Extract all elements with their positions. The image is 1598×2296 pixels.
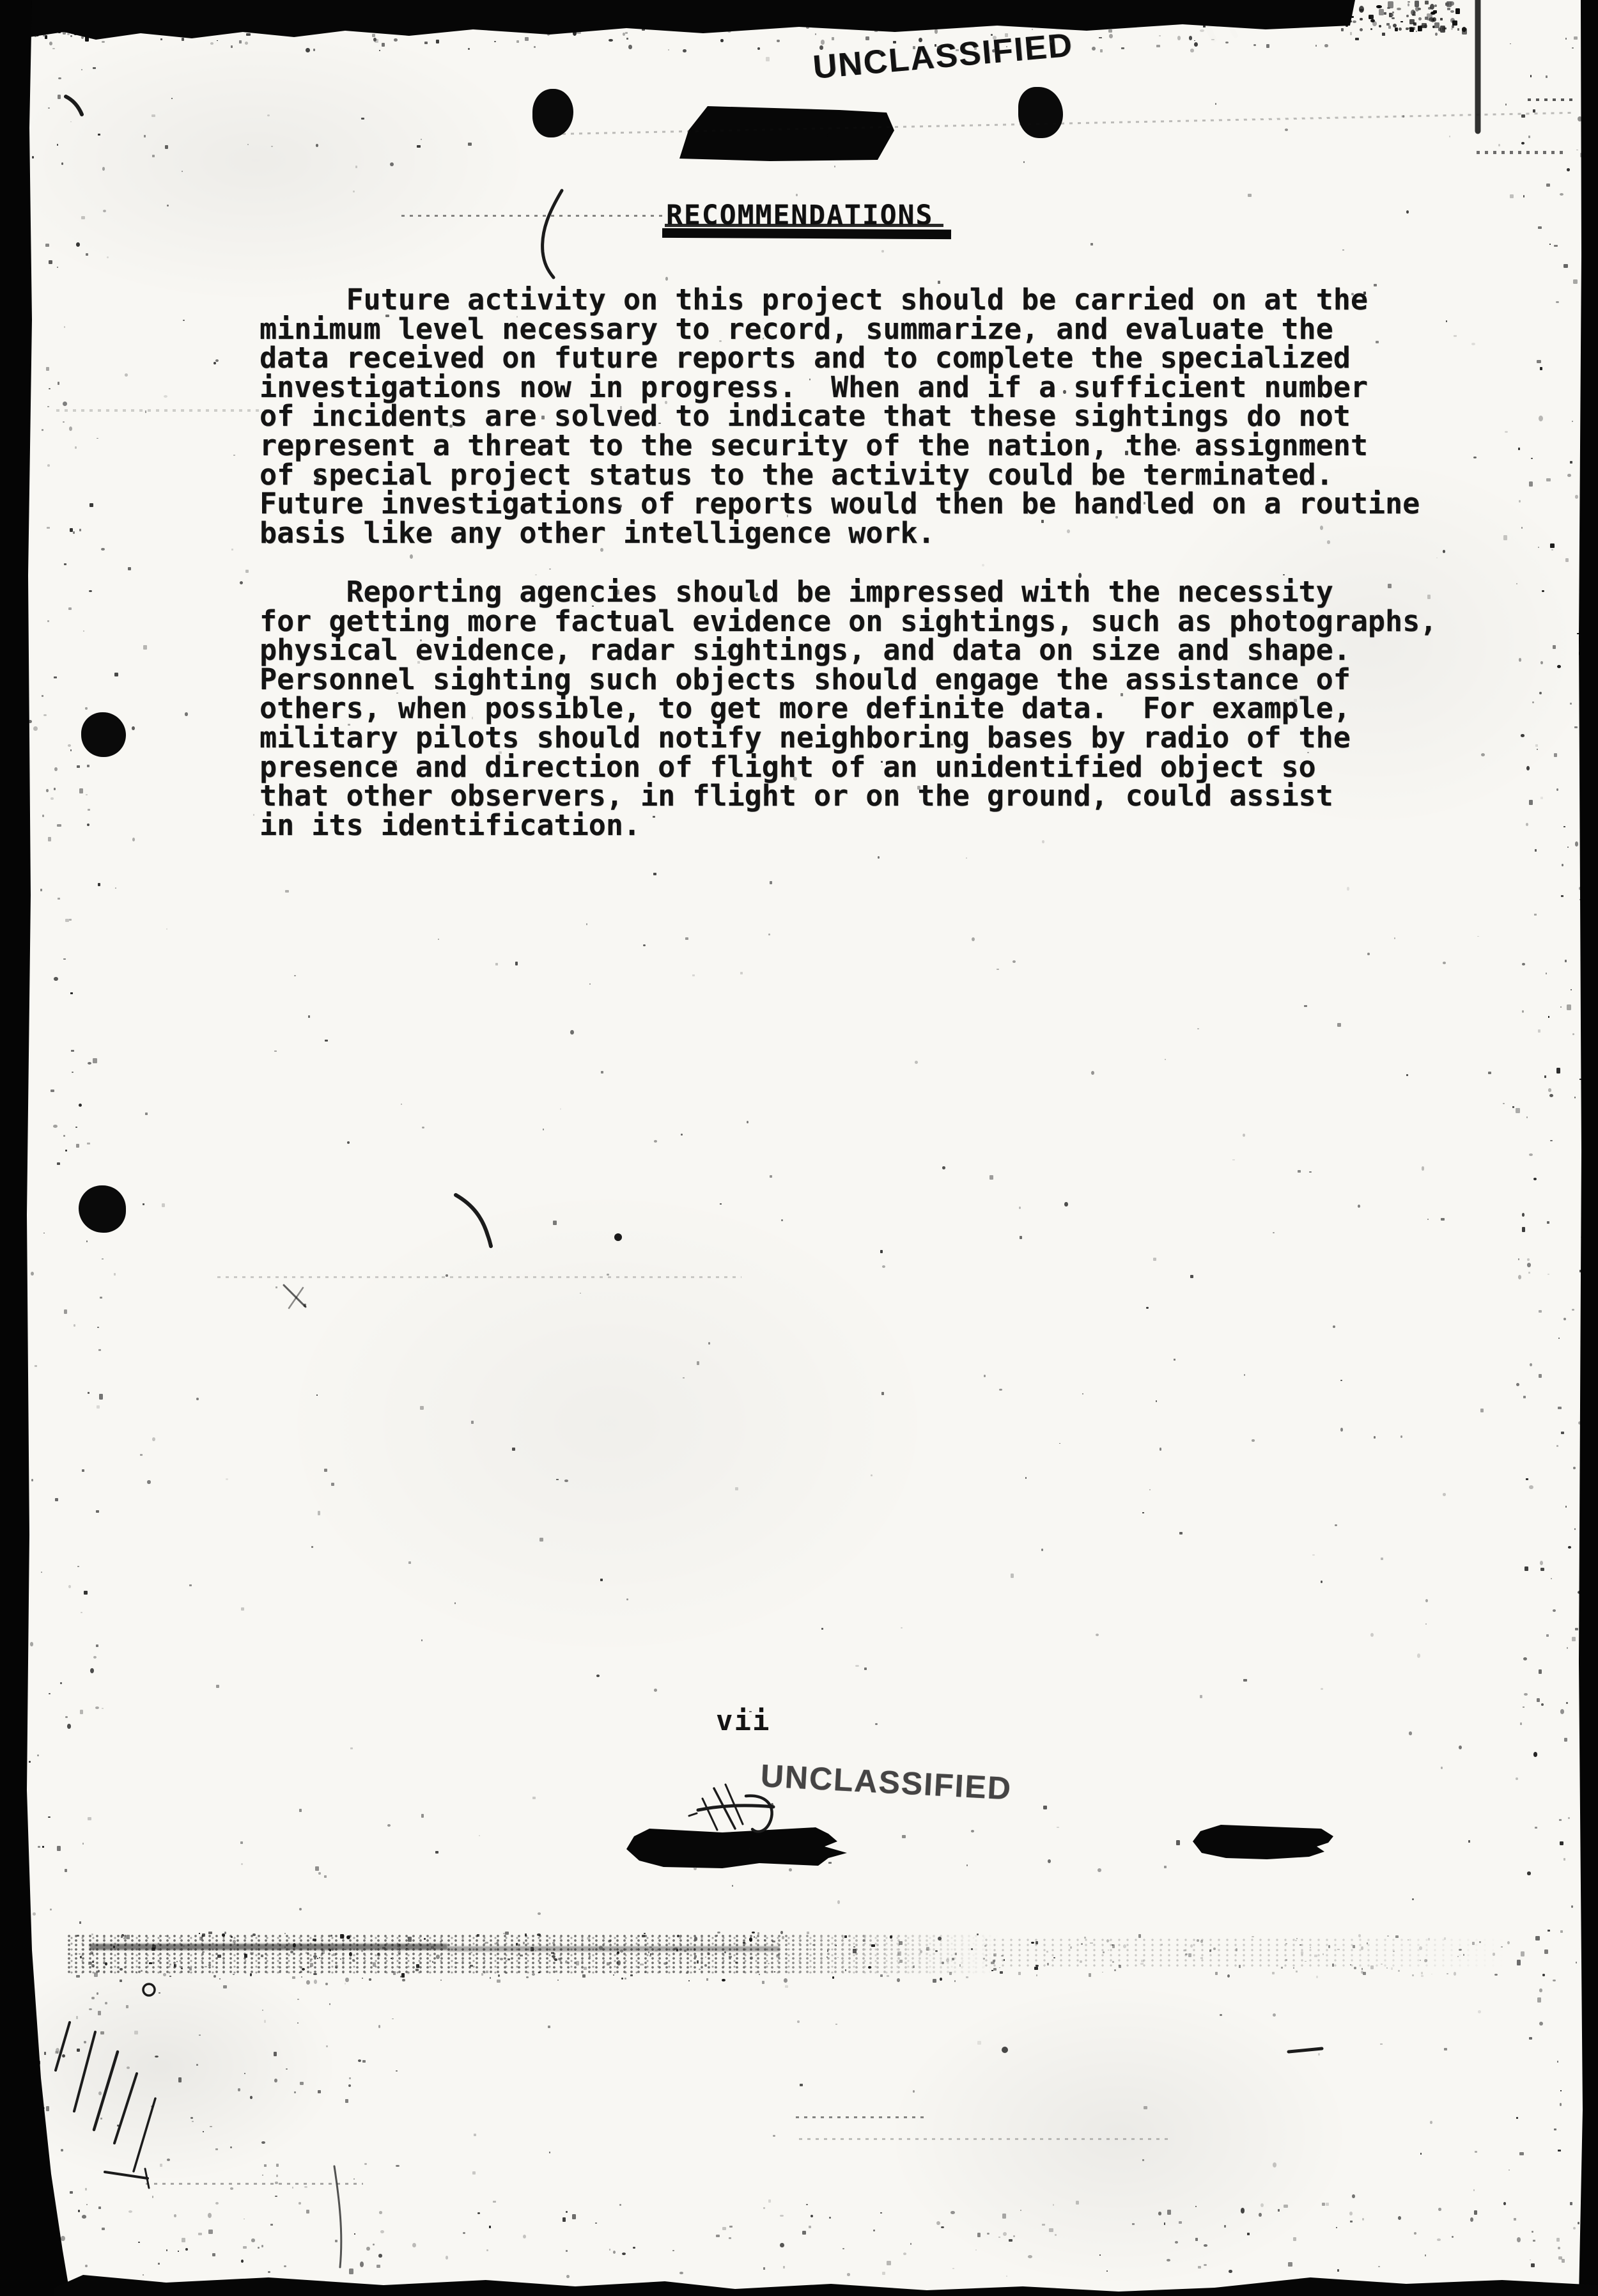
noise-speck — [486, 2249, 488, 2252]
noise-speck — [1092, 47, 1096, 51]
noise-speck — [1190, 1944, 1193, 1948]
noise-speck — [616, 590, 619, 595]
noise-speck — [125, 373, 128, 377]
noise-speck — [1211, 39, 1214, 41]
noise-speck — [329, 1949, 331, 1951]
noise-speck — [1535, 744, 1538, 747]
noise-speck — [926, 1947, 929, 1951]
noise-speck — [219, 1978, 221, 1980]
noise-speck — [345, 2099, 348, 2103]
noise-speck — [1174, 1359, 1175, 1361]
noise-speck — [1428, 1938, 1430, 1941]
noise-speck — [230, 2146, 232, 2148]
noise-speck — [304, 1304, 306, 1307]
noise-speck — [178, 2251, 180, 2252]
noise-speck — [1575, 1628, 1578, 1631]
noise-speck — [1567, 847, 1569, 848]
noise-speck — [326, 2045, 328, 2047]
noise-speck — [162, 1203, 165, 1208]
noise-speck — [1521, 142, 1525, 144]
noise-speck — [697, 1361, 700, 1365]
noise-speck — [1393, 24, 1397, 27]
noise-speck — [97, 1405, 100, 1409]
noise-speck — [376, 2265, 380, 2268]
noise-speck — [763, 2267, 765, 2269]
noise-speck — [1549, 1094, 1554, 1097]
noise-speck — [966, 1864, 968, 1866]
noise-speck — [134, 2031, 138, 2034]
noise-speck — [45, 244, 49, 247]
noise-speck — [783, 2266, 786, 2269]
noise-speck — [67, 1724, 71, 1729]
noise-speck — [345, 1949, 346, 1950]
noise-speck — [796, 194, 798, 196]
noise-speck — [971, 1830, 974, 1832]
noise-speck — [520, 1955, 523, 1957]
noise-speck — [564, 1480, 568, 1482]
noise-speck — [205, 1966, 207, 1968]
noise-speck — [1529, 800, 1533, 805]
noise-speck — [712, 747, 714, 748]
noise-speck — [1023, 161, 1025, 163]
noise-speck — [1526, 823, 1528, 826]
noise-speck — [38, 1846, 40, 1848]
noise-speck — [315, 1866, 318, 1871]
noise-speck — [607, 1962, 610, 1965]
noise-speck — [245, 42, 249, 45]
noise-speck — [78, 2210, 80, 2212]
noise-speck — [1539, 1310, 1542, 1313]
noise-speck — [942, 1962, 944, 1964]
noise-speck — [1534, 914, 1536, 916]
noise-speck — [1570, 461, 1572, 464]
noise-speck — [1565, 1506, 1567, 1508]
noise-speck — [81, 216, 84, 219]
noise-speck — [182, 38, 184, 41]
noise-speck — [111, 1971, 112, 1973]
noise-speck — [1450, 1, 1454, 6]
noise-speck — [377, 1953, 380, 1956]
noise-speck — [1446, 320, 1447, 322]
noise-speck — [364, 2163, 367, 2166]
noise-speck — [55, 1498, 59, 1501]
noise-speck — [862, 481, 864, 485]
noise-speck — [132, 726, 135, 730]
noise-speck — [86, 1240, 88, 1242]
noise-speck — [53, 1125, 58, 1128]
noise-speck — [181, 1968, 182, 1969]
noise-speck — [793, 777, 797, 781]
noise-speck — [1121, 693, 1123, 696]
noise-speck — [1041, 520, 1044, 523]
noise-speck — [171, 98, 173, 99]
noise-speck — [650, 1953, 651, 1955]
noise-speck — [1498, 144, 1501, 146]
noise-speck — [1523, 1657, 1528, 1661]
noise-speck — [1335, 1524, 1337, 1526]
noise-speck — [997, 969, 1000, 971]
noise-speck — [1009, 2239, 1012, 2242]
noise-speck — [117, 2125, 119, 2127]
noise-speck — [274, 2079, 277, 2083]
noise-speck — [1549, 244, 1551, 246]
noise-speck — [102, 41, 104, 43]
noise-speck — [230, 2187, 234, 2190]
noise-speck — [1572, 1637, 1576, 1641]
noise-speck — [1324, 44, 1328, 48]
noise-speck — [1215, 1972, 1218, 1976]
noise-speck — [601, 1071, 603, 1074]
noise-speck — [1488, 1072, 1492, 1074]
noise-speck — [1431, 1974, 1432, 1974]
noise-speck — [1412, 1974, 1414, 1976]
noise-speck — [771, 1803, 773, 1806]
noise-speck — [222, 1933, 224, 1937]
noise-speck — [250, 2096, 253, 2099]
noise-speck — [821, 1628, 823, 1630]
noise-speck — [62, 2054, 66, 2058]
noise-speck — [231, 45, 233, 48]
noise-speck — [1574, 726, 1578, 728]
noise-speck — [626, 1598, 628, 1600]
noise-speck — [1337, 1023, 1341, 1027]
noise-speck — [1459, 1949, 1462, 1951]
noise-speck — [729, 2226, 732, 2228]
noise-speck — [515, 962, 518, 965]
noise-speck — [412, 2243, 416, 2247]
noise-speck — [655, 1949, 658, 1951]
noise-speck — [620, 406, 622, 409]
noise-speck — [167, 205, 169, 207]
noise-speck — [1421, 1972, 1423, 1974]
noise-speck — [360, 2261, 364, 2267]
noise-speck — [318, 1511, 321, 1515]
noise-speck — [1406, 210, 1409, 214]
noise-speck — [754, 1936, 755, 1938]
noise-speck — [1550, 1140, 1553, 1142]
noise-speck — [732, 1885, 734, 1887]
noise-speck — [1064, 1202, 1068, 1207]
noise-speck — [102, 167, 105, 171]
noise-speck — [1505, 104, 1507, 105]
noise-speck — [490, 1977, 491, 1979]
noise-speck — [44, 2052, 47, 2055]
noise-speck — [94, 751, 95, 752]
noise-speck — [284, 1933, 286, 1934]
noise-speck — [463, 2232, 465, 2234]
noise-speck — [178, 2077, 182, 2082]
noise-speck — [1437, 2238, 1441, 2241]
noise-speck — [1516, 1108, 1520, 1113]
noise-speck — [64, 1309, 67, 1314]
noise-speck — [138, 2242, 140, 2243]
noise-speck — [1159, 35, 1161, 37]
noise-speck — [144, 135, 146, 137]
noise-speck — [299, 1908, 302, 1910]
noise-speck — [551, 1952, 554, 1954]
noise-speck — [983, 1958, 985, 1960]
noise-speck — [1003, 2232, 1007, 2236]
noise-speck — [1527, 1871, 1530, 1875]
noise-speck — [302, 1968, 305, 1971]
noise-speck — [863, 1935, 866, 1938]
noise-speck — [589, 983, 591, 985]
noise-speck — [246, 33, 251, 36]
noise-speck — [1053, 1957, 1055, 1959]
noise-speck — [215, 2202, 219, 2205]
noise-speck — [1528, 1272, 1530, 1274]
noise-speck — [189, 1967, 192, 1971]
noise-speck — [76, 1975, 80, 1978]
noise-speck — [152, 155, 155, 157]
noise-speck — [1381, 1964, 1383, 1965]
noise-speck — [77, 1566, 80, 1568]
noise-speck — [613, 2251, 616, 2254]
noise-speck — [619, 504, 623, 508]
noise-speck — [1565, 960, 1567, 963]
noise-speck — [1229, 2270, 1232, 2273]
noise-speck — [887, 1975, 889, 1978]
noise-speck — [90, 1668, 94, 1673]
noise-speck — [617, 1951, 619, 1954]
noise-speck — [415, 1969, 419, 1971]
noise-speck — [311, 1546, 313, 1548]
noise-speck — [989, 1175, 993, 1180]
noise-speck — [541, 416, 545, 419]
noise-speck — [30, 1642, 34, 1646]
noise-speck — [1099, 2254, 1101, 2256]
noise-speck — [1160, 1448, 1162, 1451]
noise-speck — [1363, 1972, 1366, 1975]
noise-speck — [1013, 2235, 1015, 2237]
noise-speck — [1406, 1074, 1408, 1076]
noise-speck — [102, 2228, 105, 2230]
noise-speck — [85, 707, 88, 710]
noise-speck — [1420, 2153, 1422, 2155]
noise-speck — [1475, 2151, 1477, 2153]
noise-speck — [1415, 6, 1419, 11]
noise-speck — [1141, 1960, 1144, 1962]
noise-speck — [523, 2235, 526, 2238]
noise-speck — [42, 1846, 44, 1848]
noise-speck — [1388, 26, 1391, 29]
noise-speck — [809, 2226, 812, 2228]
noise-speck — [1418, 26, 1422, 31]
noise-speck — [87, 765, 89, 767]
noise-speck — [1361, 1946, 1364, 1950]
noise-speck — [231, 549, 233, 551]
noise-speck — [1562, 864, 1563, 866]
noise-speck — [1436, 558, 1438, 558]
noise-speck — [1386, 1967, 1388, 1969]
noise-speck — [752, 1932, 755, 1934]
noise-speck — [1374, 284, 1377, 286]
noise-speck — [40, 889, 42, 891]
noise-speck — [1558, 1407, 1562, 1410]
noise-speck — [1322, 2203, 1325, 2206]
noise-speck — [644, 1933, 646, 1935]
noise-speck — [1408, 1, 1410, 3]
noise-speck — [523, 1942, 525, 1944]
noise-speck — [435, 1851, 439, 1854]
noise-speck — [1109, 1941, 1110, 1942]
noise-speck — [821, 40, 825, 45]
noise-speck — [88, 1062, 91, 1065]
noise-speck — [1503, 2202, 1506, 2205]
noise-speck — [1266, 501, 1268, 502]
noise-speck — [48, 837, 51, 841]
noise-speck — [552, 1942, 555, 1945]
noise-speck — [210, 42, 213, 45]
noise-speck — [120, 1968, 122, 1971]
noise-speck — [956, 49, 959, 51]
noise-speck — [1573, 279, 1578, 285]
noise-speck — [1198, 2266, 1202, 2269]
noise-speck — [86, 253, 89, 256]
noise-speck — [160, 2164, 163, 2167]
noise-speck — [143, 1203, 144, 1205]
noise-speck — [70, 992, 73, 994]
noise-speck — [310, 1963, 313, 1967]
noise-speck — [558, 1958, 561, 1960]
noise-speck — [1327, 540, 1330, 543]
noise-speck — [468, 143, 472, 146]
noise-speck — [557, 1980, 559, 1981]
noise-speck — [1341, 28, 1344, 31]
noise-speck — [727, 651, 729, 653]
noise-speck — [1522, 1213, 1524, 1217]
noise-speck — [87, 824, 89, 826]
noise-speck — [1529, 481, 1533, 487]
noise-speck — [1567, 168, 1570, 171]
noise-speck — [143, 645, 147, 650]
noise-speck — [85, 2265, 88, 2267]
noise-speck — [52, 48, 55, 49]
noise-speck — [1361, 1971, 1363, 1974]
noise-speck — [58, 95, 61, 99]
noise-speck — [284, 2265, 286, 2268]
noise-speck — [1539, 416, 1543, 421]
noise-speck — [920, 1950, 922, 1953]
noise-speck — [143, 2274, 144, 2276]
noise-speck — [1358, 1205, 1360, 1208]
noise-speck — [152, 1437, 155, 1441]
noise-speck — [1531, 2263, 1535, 2267]
noise-speck — [1020, 2210, 1021, 2212]
noise-speck — [304, 2186, 307, 2188]
noise-speck — [159, 1992, 161, 1994]
noise-speck — [1261, 2203, 1264, 2207]
noise-speck — [1574, 1528, 1576, 1531]
noise-speck — [387, 1824, 390, 1827]
noise-speck — [1530, 75, 1532, 77]
noise-speck — [1195, 2238, 1198, 2241]
noise-speck — [787, 515, 789, 517]
noise-speck — [203, 2131, 205, 2132]
noise-speck — [855, 1665, 859, 1667]
noise-speck — [91, 1964, 95, 1967]
noise-speck — [1018, 1972, 1021, 1975]
noise-speck — [349, 1952, 352, 1956]
noise-speck — [532, 1973, 535, 1976]
noise-speck — [537, 1933, 541, 1936]
noise-speck — [58, 898, 60, 900]
noise-speck — [1200, 1957, 1203, 1959]
noise-speck — [35, 1365, 37, 1367]
noise-speck — [863, 1939, 865, 1942]
noise-speck — [1213, 1948, 1216, 1950]
noise-speck — [347, 1141, 350, 1144]
noise-speck — [1349, 2212, 1352, 2215]
noise-speck — [1011, 1574, 1014, 1578]
noise-speck — [1478, 2010, 1481, 2014]
noise-speck — [1408, 1939, 1409, 1941]
noise-speck — [913, 1965, 915, 1968]
noise-speck — [297, 1999, 299, 2000]
noise-speck — [1517, 2237, 1521, 2242]
noise-speck — [244, 2073, 245, 2074]
noise-speck — [1241, 2208, 1245, 2214]
noise-speck — [48, 1816, 50, 1818]
noise-speck — [362, 1978, 363, 1979]
noise-speck — [1236, 1948, 1238, 1951]
noise-speck — [1522, 1010, 1524, 1013]
noise-speck — [609, 39, 613, 42]
noise-speck — [1146, 1307, 1149, 1309]
noise-speck — [1533, 2240, 1536, 2242]
noise-speck — [81, 69, 82, 70]
noise-speck — [1539, 2022, 1543, 2026]
noise-speck — [890, 1935, 893, 1939]
noise-speck — [1526, 766, 1530, 770]
noise-speck — [1070, 1946, 1072, 1949]
noise-speck — [525, 1933, 527, 1936]
noise-speck — [837, 1957, 839, 1958]
noise-speck — [132, 838, 136, 842]
noise-speck — [720, 39, 724, 42]
noise-speck — [293, 1943, 296, 1948]
noise-speck — [151, 114, 155, 117]
noise-speck — [1557, 665, 1561, 668]
noise-speck — [299, 2202, 302, 2205]
noise-speck — [1175, 2241, 1178, 2244]
noise-speck — [1425, 1599, 1428, 1602]
noise-speck — [644, 1971, 646, 1973]
noise-speck — [1450, 10, 1454, 13]
noise-speck — [1540, 797, 1544, 799]
noise-speck — [285, 890, 288, 893]
noise-speck — [1398, 1970, 1400, 1972]
noise-speck — [1399, 27, 1402, 31]
noise-speck — [784, 1978, 787, 1983]
noise-speck — [1301, 1951, 1304, 1955]
noise-speck — [299, 1972, 301, 1973]
noise-speck — [1227, 1974, 1230, 1978]
noise-speck — [128, 2210, 132, 2213]
noise-speck — [1351, 293, 1354, 295]
noise-speck — [539, 1538, 543, 1542]
noise-speck — [489, 2226, 491, 2228]
noise-speck — [1556, 301, 1559, 304]
noise-speck — [1503, 535, 1507, 540]
noise-speck — [1516, 1383, 1519, 1386]
noise-speck — [1057, 1827, 1059, 1829]
noise-speck — [1360, 28, 1363, 31]
noise-speck — [91, 1933, 93, 1936]
noise-speck — [708, 1342, 710, 1344]
noise-speck — [1447, 1973, 1448, 1974]
noise-speck — [535, 1950, 536, 1951]
